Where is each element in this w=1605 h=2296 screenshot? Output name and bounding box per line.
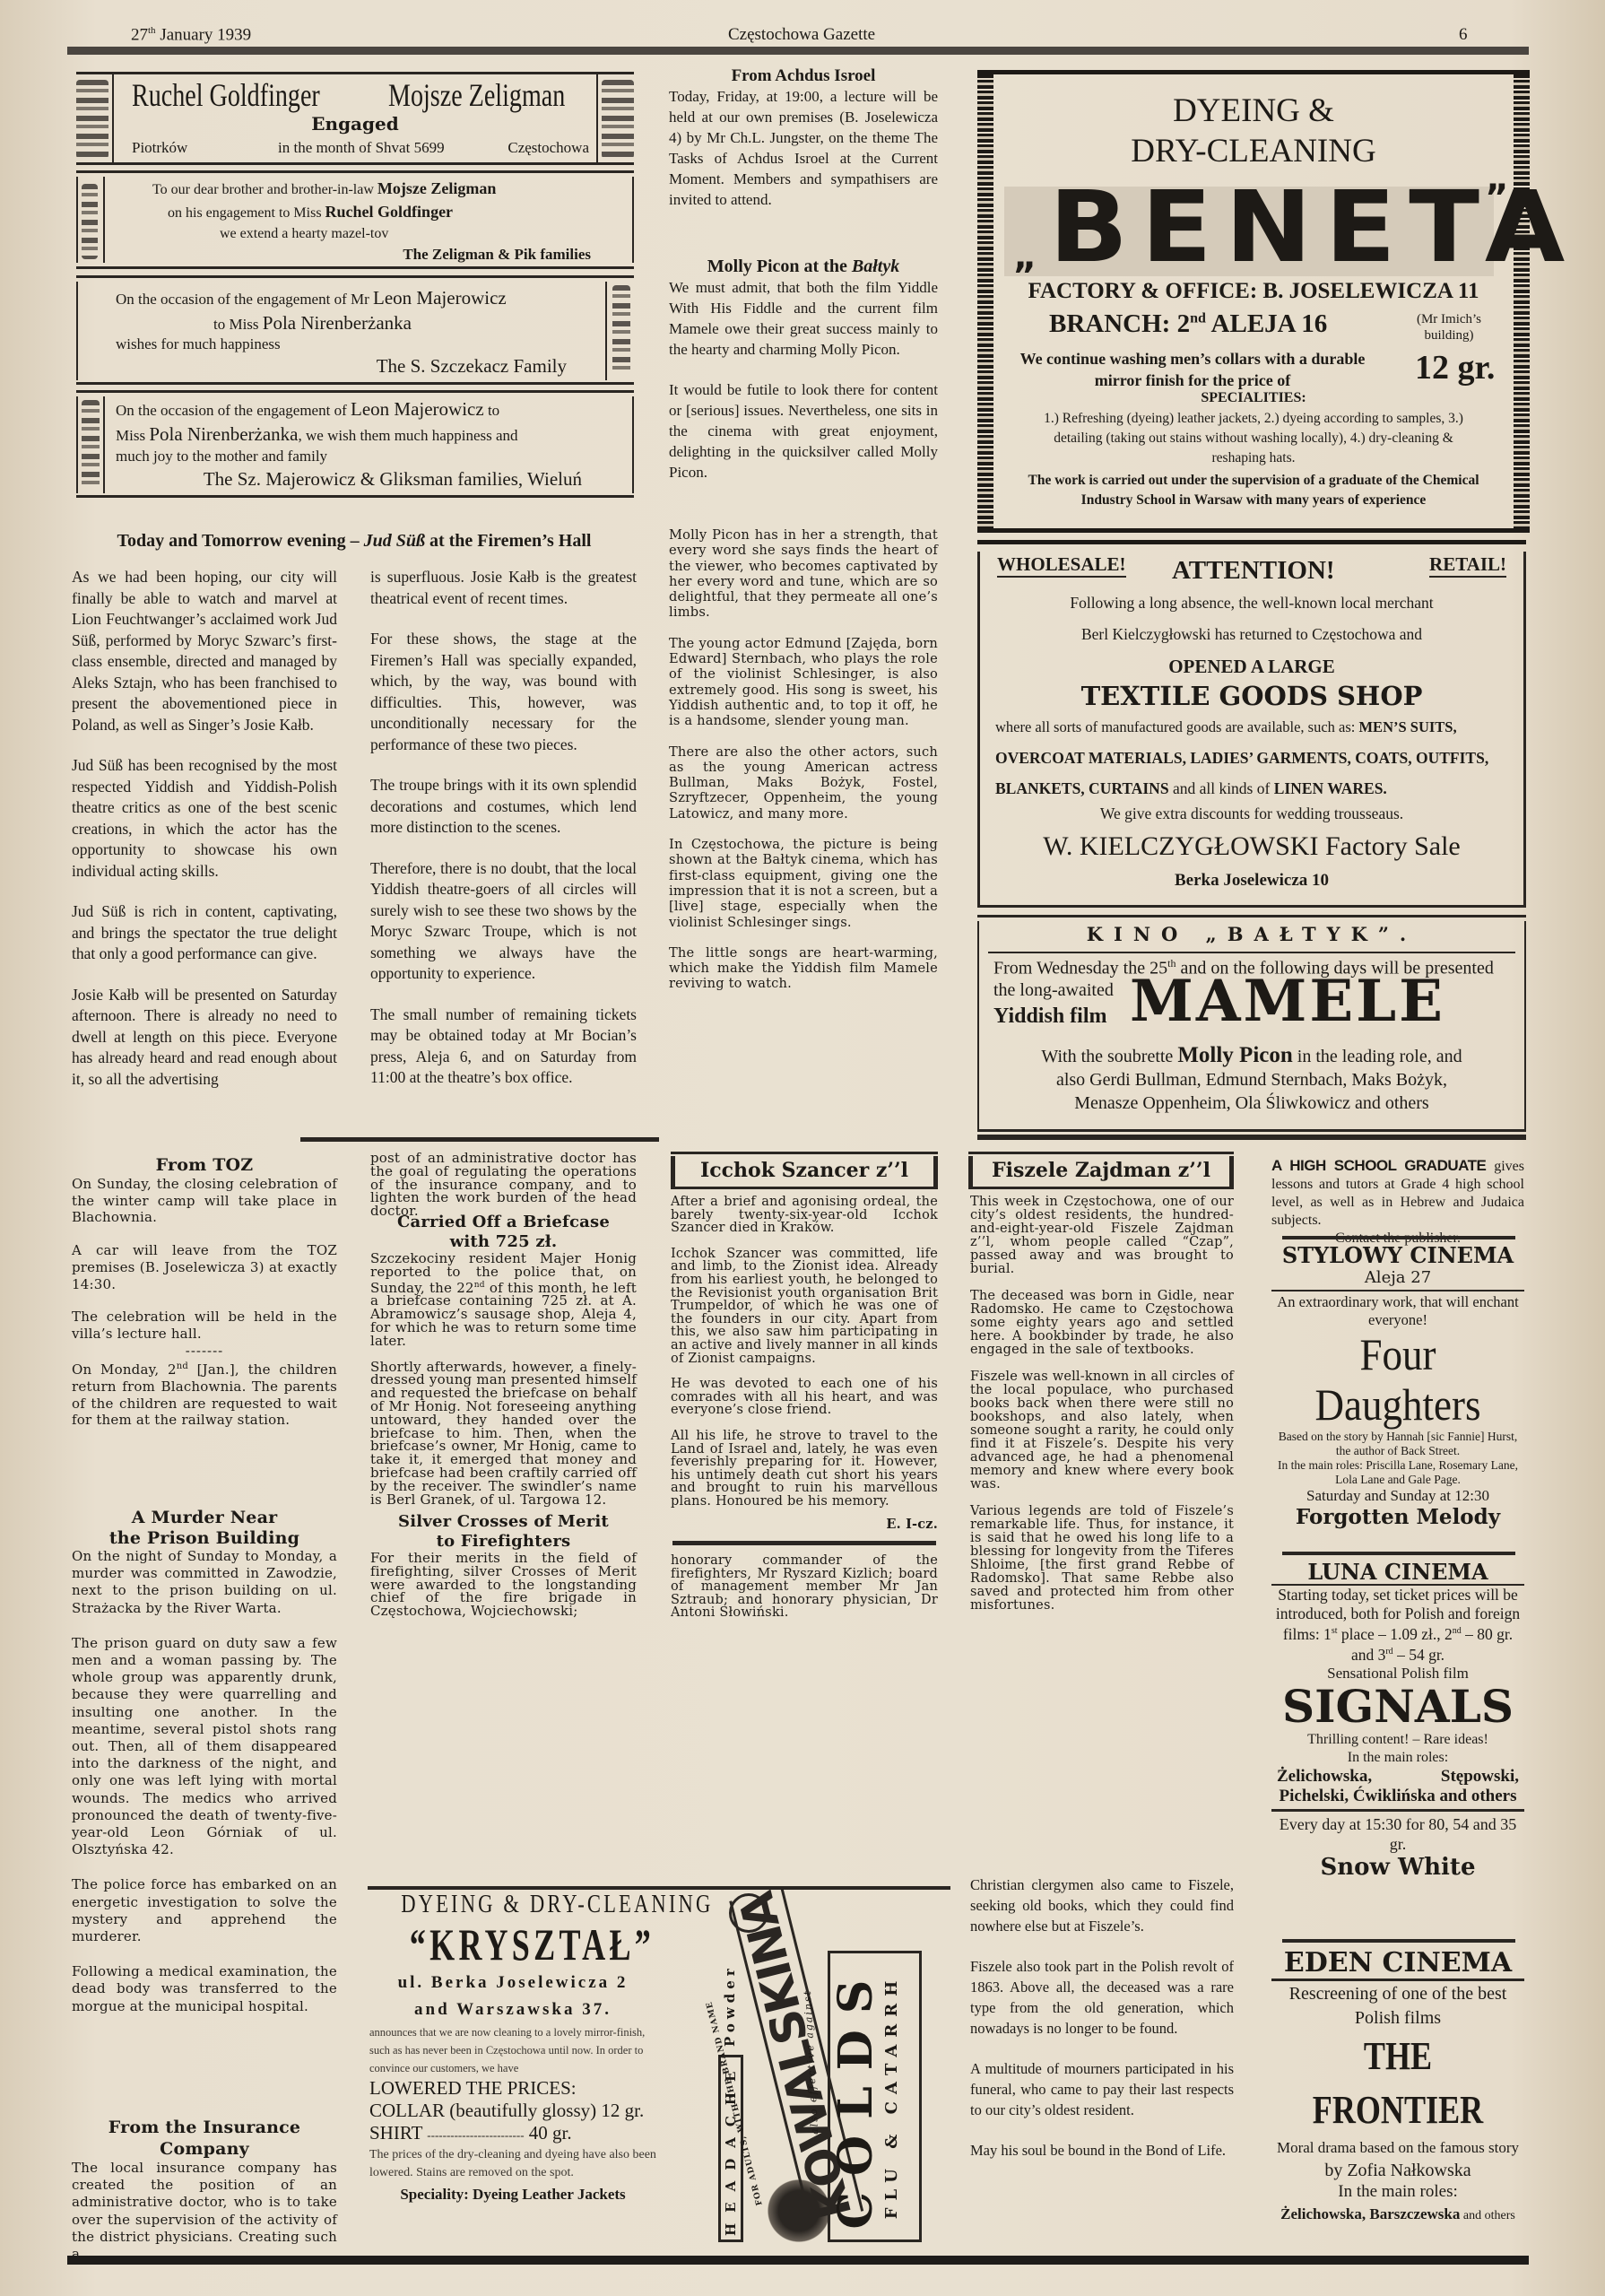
greeting-zeligman: To our dear brother and brother-in-law M… (76, 170, 634, 269)
ad-luna-cinema: LUNA CINEMA Starting today, set ticket p… (1271, 1561, 1524, 1881)
article-silver-crosses-cont: honorary commander of the firefighters, … (671, 1554, 938, 1620)
page-number: 6 (1459, 25, 1468, 45)
ornament-icon (82, 400, 100, 490)
film-title-mamele: MAMELE (1130, 968, 1445, 1035)
hebrew-month: in the month of Shvat 5699 (278, 139, 445, 157)
article-title-jud-suss: Today and Tomorrow evening – Jud Süß at … (72, 531, 637, 552)
ornament-icon (82, 184, 98, 259)
header-rule (67, 47, 1529, 55)
ornament-icon (612, 285, 630, 375)
article-briefcase: Carried Off a Briefcase with 725 zł. Szc… (370, 1213, 637, 1506)
article-murder: A Murder Near the Prison Building On the… (72, 1507, 337, 2015)
engaged-label: Engaged (76, 113, 634, 135)
article-jud-suss-col2: is superfluous. Josie Kałb is the greate… (370, 567, 637, 1089)
engagement-announcement: Ruchel Goldfinger Mojsze Zeligman Engage… (76, 72, 634, 165)
column-rule (300, 1137, 659, 1142)
bride-name: Ruchel Goldfinger (132, 76, 320, 114)
obituary-zajdman-cont: Christian clergymen also came to Fiszele… (970, 1874, 1234, 2161)
ad-krysztal: DYEING & DRY-CLEANING “KRYSZTAŁ” ul. Ber… (369, 1889, 656, 2207)
column-rule (672, 1541, 936, 1545)
ad-tutor: A HIGH SCHOOL GRADUATE gives lessons and… (1271, 1157, 1524, 1248)
article-insurance: From the Insurance Company The local ins… (72, 2117, 337, 2263)
groom-name: Mojsze Zeligman (388, 76, 565, 114)
obituary-title-szancer: Icchok Szancer z’’l (671, 1152, 938, 1189)
footer-rule (67, 2256, 1529, 2265)
article-achdus-isroel: From Achdus Isroel Today, Friday, at 19:… (669, 66, 938, 210)
ad-textile-shop: WHOLESALE! ATTENTION! RETAIL! Following … (977, 540, 1526, 908)
article-molly-picon: Molly Picon at the Bałtyk We must admit,… (669, 257, 938, 483)
article-jud-suss-col1: As we had been hoping, our city will fin… (72, 567, 337, 1090)
obituary-title-zajdman: Fiszele Zajdman z’’l (968, 1152, 1234, 1189)
obituary-zajdman: This week in Częstochowa, one of our cit… (970, 1196, 1234, 1613)
ad-kino-baltyk: KINO „BAŁTYK”. From Wednesday the 25th a… (977, 915, 1526, 1132)
ad-eden-cinema: EDEN CINEMA Rescreening of one of the be… (1271, 1948, 1524, 2229)
article-toz: From TOZ On Sunday, the closing celebrat… (72, 1154, 337, 1429)
ad-kowalskina: HEADACHE Powder FOR ADULTS, WITH THE BRA… (666, 1897, 935, 2242)
krysztal-logo: “KRYSZTAŁ” (410, 1919, 616, 1970)
city-right: Częstochowa (508, 139, 589, 157)
city-left: Piotrków (132, 139, 187, 157)
ad-stylowy-cinema: STYLOWY CINEMA Aleja 27 An extraordinary… (1271, 1243, 1524, 1530)
issue-date: 27th January 1939 (131, 25, 251, 45)
column-rule (977, 1135, 1526, 1140)
newspaper-title: Częstochowa Gazette (728, 25, 875, 45)
film-title-four-daughters: Four Daughters (1284, 1329, 1512, 1430)
ad-beneta: DYEING & DRY-CLEANING „ BENETA ” FACTORY… (977, 70, 1530, 533)
film-title-signals: SIGNALS (1271, 1683, 1524, 1731)
greeting-szczekacz: On the occasion of the engagement of Mr … (76, 275, 634, 385)
greeting-majerowicz: On the occasion of the engagement of Leo… (76, 390, 634, 498)
heart-seal-icon (729, 1893, 768, 1933)
article-silver-crosses: Silver Crosses of Merit to Firefighters … (370, 1512, 637, 1618)
article-insurance-cont: post of an administrative doctor has the… (370, 1152, 637, 1218)
article-molly-picon-cont: Molly Picon has in her a strength, that … (669, 527, 938, 992)
collar-price: 12 gr. (1415, 348, 1495, 387)
obituary-szancer: After a brief and agonising ordeal, the … (671, 1196, 938, 1532)
film-title-frontier: THE FRONTIER (1294, 2030, 1501, 2137)
